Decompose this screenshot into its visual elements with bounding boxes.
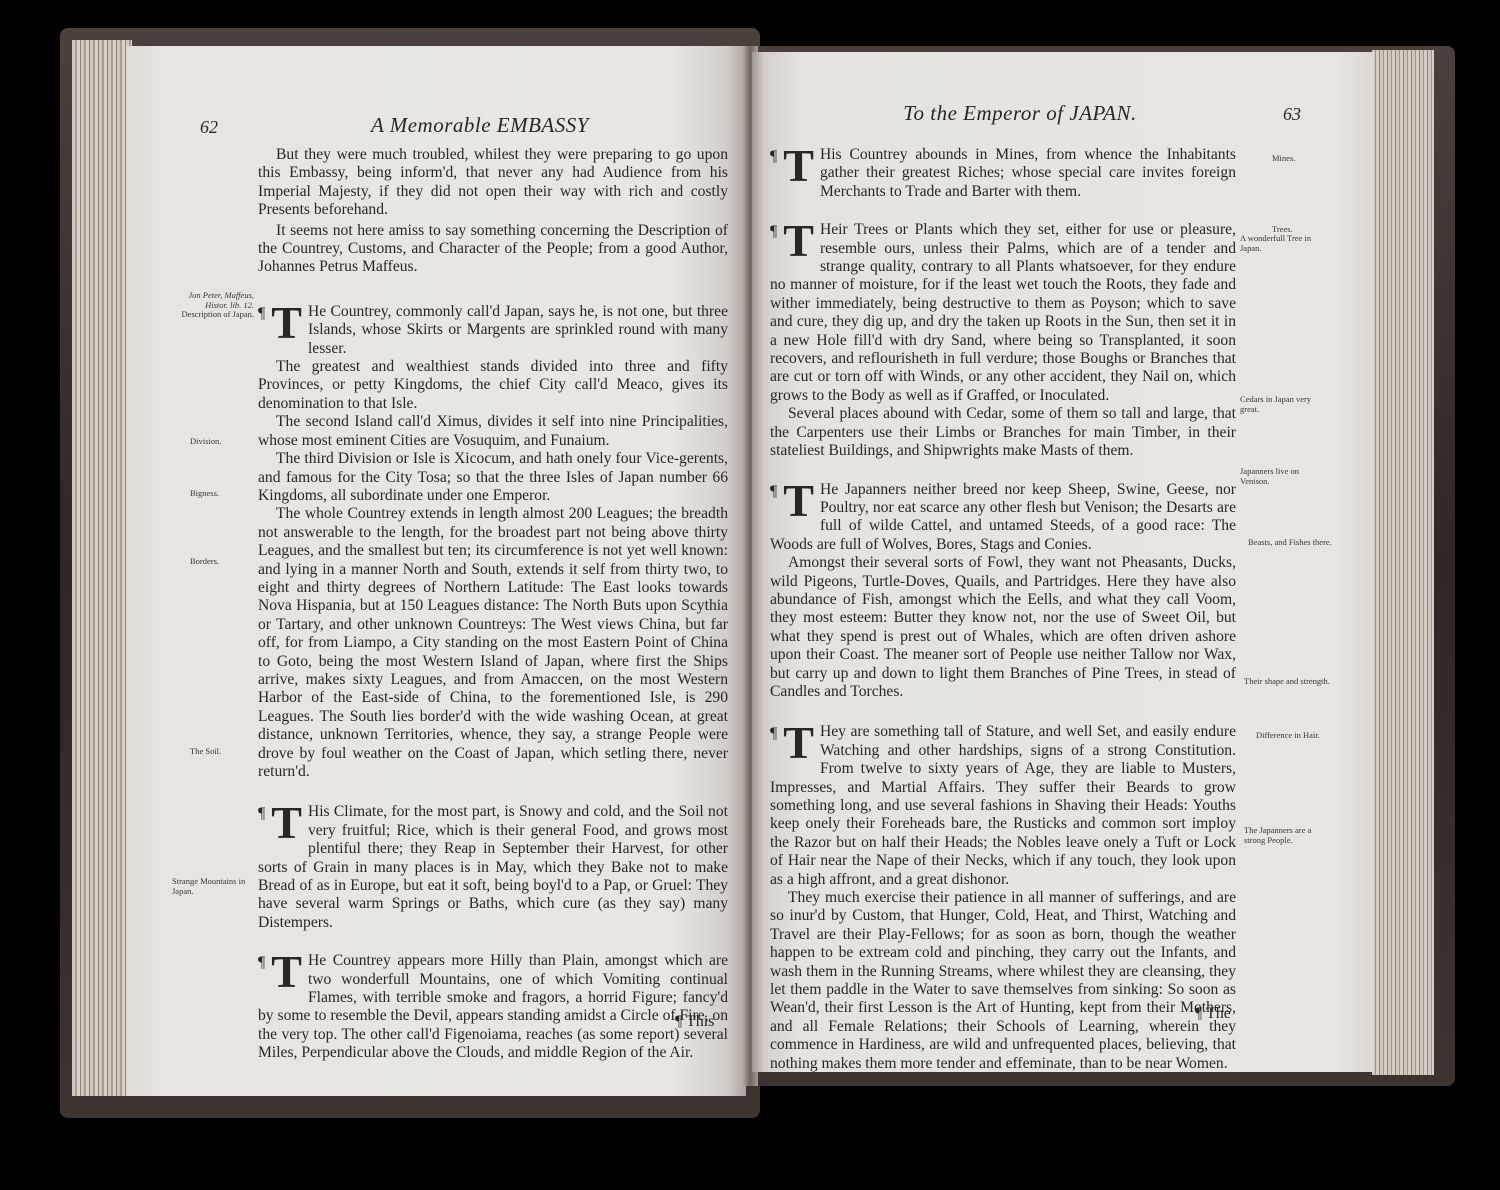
paragraph: Several places abound with Cedar, some o… <box>770 405 1236 460</box>
page-edges-left <box>72 40 132 1096</box>
margin-note: The Soil. <box>190 746 221 756</box>
pilcrow-icon: ¶ <box>770 483 777 501</box>
section-animals: ¶ T He Japanners neither breed nor keep … <box>770 481 1236 555</box>
margin-note: Bigness. <box>190 488 219 498</box>
margin-note: Cedars in Japan very great. <box>1240 394 1330 414</box>
page-edges-right <box>1372 50 1434 1075</box>
margin-note: Strange Mountains in Japan. <box>172 876 254 896</box>
paragraph: Hey are something tall of Stature, and w… <box>770 723 1236 889</box>
pilcrow-icon: ¶ <box>770 148 777 166</box>
margin-note: Borders. <box>190 556 219 566</box>
margin-note: Difference in Hair. <box>1256 730 1320 740</box>
paragraph: He Countrey, commonly call'd Japan, says… <box>258 303 728 358</box>
paragraph: He Countrey appears more Hilly than Plai… <box>258 952 728 1062</box>
pilcrow-icon: ¶ <box>258 305 265 323</box>
paragraph: The third Division or Isle is Xicocum, a… <box>258 450 728 505</box>
paragraph: The whole Countrey extends in length alm… <box>258 505 728 781</box>
drop-cap: T <box>783 483 814 519</box>
pilcrow-icon: ¶ <box>770 725 777 743</box>
right-page-body: ¶ T His Countrey abounds in Mines, from … <box>770 146 1236 1073</box>
drop-cap: T <box>783 148 814 184</box>
section-climate: ¶ T His Climate, for the most part, is S… <box>258 803 728 932</box>
drop-cap: T <box>271 305 302 341</box>
pilcrow-icon: ¶ <box>258 805 265 823</box>
page-number-left: 62 <box>200 117 218 138</box>
drop-cap: T <box>783 223 814 259</box>
paragraph: It seems not here amiss to say something… <box>258 222 728 277</box>
running-head-left: A Memorable EMBASSY <box>300 113 660 138</box>
margin-note: Japanners live on Venison. <box>1240 466 1330 486</box>
paragraph: His Climate, for the most part, is Snowy… <box>258 803 728 932</box>
paragraph: The second Island call'd Ximus, divides … <box>258 413 728 450</box>
section-mountains: ¶ T He Countrey appears more Hilly than … <box>258 952 728 1062</box>
paragraph: He Japanners neither breed nor keep Shee… <box>770 481 1236 555</box>
catchword-left: ¶ This <box>675 1013 714 1031</box>
pilcrow-icon: ¶ <box>770 223 777 241</box>
margin-note: Division. <box>190 436 221 446</box>
section-trees: ¶ T Heir Trees or Plants which they set,… <box>770 221 1236 405</box>
paragraph: Heir Trees or Plants which they set, eit… <box>770 221 1236 405</box>
section-mines: ¶ T His Countrey abounds in Mines, from … <box>770 146 1236 201</box>
margin-note: Description of Japan. <box>164 309 254 319</box>
page-number-right: 63 <box>1283 104 1301 125</box>
catchword-right: ¶ The <box>1195 1005 1231 1023</box>
paragraph: They much exercise their patience in all… <box>770 889 1236 1073</box>
margin-note: The Japanners are a strong People. <box>1244 825 1332 845</box>
running-head-right: To the Emperor of JAPAN. <box>860 101 1180 126</box>
drop-cap: T <box>271 954 302 990</box>
paragraph: But they were much troubled, whilest the… <box>258 146 728 220</box>
margin-note: A wonderfull Tree in Japan. <box>1240 233 1330 253</box>
margin-note: Their shape and strength. <box>1244 676 1330 686</box>
paragraph: His Countrey abounds in Mines, from when… <box>770 146 1236 201</box>
margin-note: Jon Peter, Maffeus, Histor. lib. 12. <box>164 290 254 310</box>
pilcrow-icon: ¶ <box>258 954 265 972</box>
section-stature: ¶ T Hey are something tall of Stature, a… <box>770 723 1236 889</box>
drop-cap: T <box>271 805 302 841</box>
section-description-of-japan: ¶ T He Countrey, commonly call'd Japan, … <box>258 303 728 358</box>
paragraph: Amongst their several sorts of Fowl, the… <box>770 554 1236 701</box>
paragraph: The greatest and wealthiest stands divid… <box>258 358 728 413</box>
margin-note: Beasts, and Fishes there. <box>1248 537 1332 547</box>
drop-cap: T <box>783 725 814 761</box>
left-page-body: But they were much troubled, whilest the… <box>258 146 728 1063</box>
margin-note: Mines. <box>1272 153 1295 163</box>
